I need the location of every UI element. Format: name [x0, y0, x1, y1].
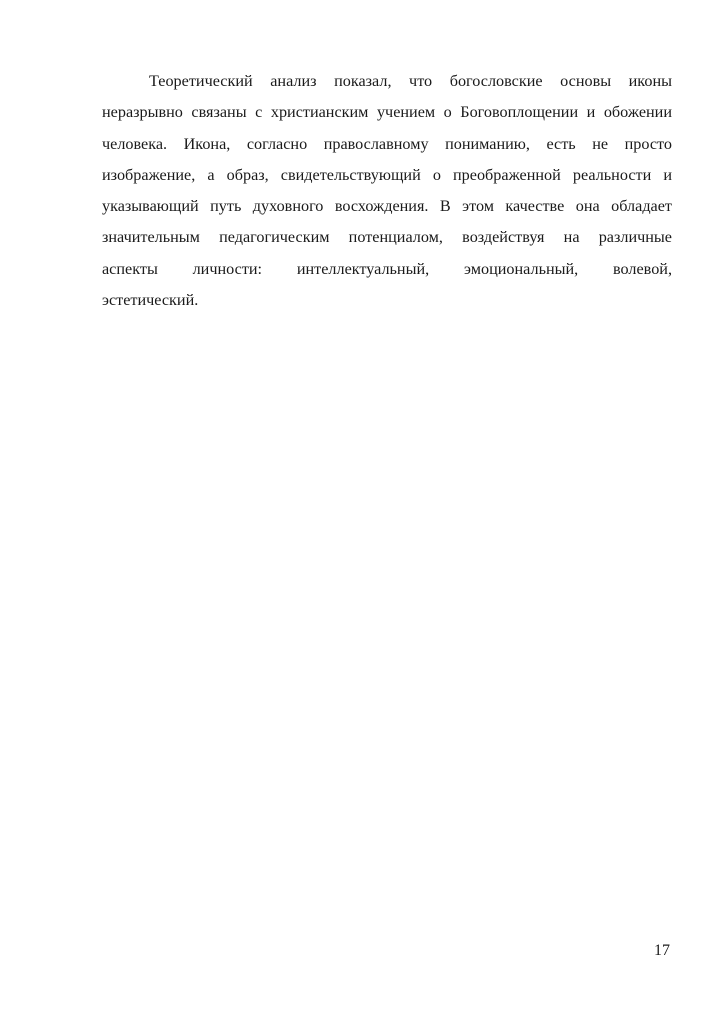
paragraph-line: изображение, а образ, свидетельствующий …	[102, 160, 672, 191]
paragraph-line: указывающий путь духовного восхождения. …	[102, 191, 672, 222]
conclusion-paragraph: Теоретический анализ показал, что богосл…	[102, 66, 672, 316]
paragraph-line: эстетический.	[102, 285, 672, 316]
paragraph-line: аспекты личности: интеллектуальный, эмоц…	[102, 254, 672, 285]
document-page: Теоретический анализ показал, что богосл…	[0, 0, 724, 1024]
paragraph-line: человека. Икона, согласно православному …	[102, 129, 672, 160]
page-number: 17	[654, 942, 670, 960]
paragraph-line: неразрывно связаны с христианским учение…	[102, 97, 672, 128]
paragraph-line: Теоретический анализ показал, что богосл…	[102, 66, 672, 97]
paragraph-line: значительным педагогическим потенциалом,…	[102, 222, 672, 253]
